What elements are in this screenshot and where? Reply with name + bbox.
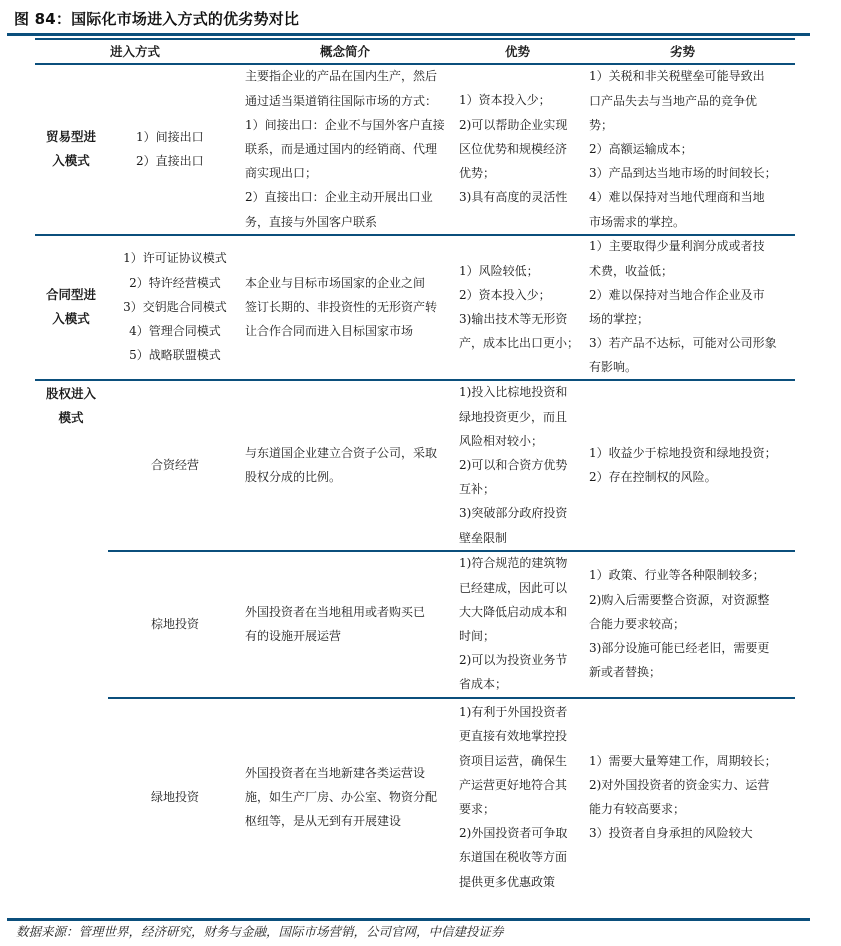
- contract-modes: 1）许可证协议模式 2）特许经营模式 3）交钥匙合同模式 4）管理合同模式 5）…: [112, 237, 238, 377]
- figure-title: 图 84：国际化市场进入方式的优劣势对比: [14, 8, 299, 29]
- brownfield-mode: 棕地投资: [112, 553, 238, 695]
- trade-category: 贸易型进 入模式: [35, 66, 107, 232]
- header-disadvantages: 劣势: [585, 42, 780, 62]
- greenfield-mode: 绿地投资: [112, 700, 238, 894]
- greenfield-concept: 外国投资者在当地新建各类运营设 施，如生产厂房、办公室、物资分配 枢纽等，是从无…: [245, 700, 455, 894]
- title-rule: [7, 33, 810, 36]
- jv-advantages: 1)投入比棕地投资和 绿地投资更少，而且 风险相对较小； 2)可以和合资方优势 …: [459, 382, 584, 548]
- jv-bottom-rule: [108, 550, 795, 552]
- jv-disadvantages: 1）收益少于棕地投资和绿地投资； 2）存在控制权的风险。: [589, 382, 789, 548]
- trade-concept: 主要指企业的产品在国内生产，然后 通过适当渠道销往国际市场的方式： 1）间接出口…: [245, 66, 455, 232]
- brownfield-disadvantages: 1）政策、行业等各种限制较多； 2)购入后需要整合资源，对资源整 合能力要求较高…: [589, 553, 789, 695]
- equity-category: 股权进入 模式: [35, 382, 107, 434]
- header-entry-mode: 进入方式: [35, 42, 235, 62]
- contract-concept: 本企业与目标市场国家的企业之间 签订长期的、非投资性的无形资产转 让合作合同而进…: [245, 237, 455, 377]
- jv-mode: 合资经营: [112, 382, 238, 548]
- brownfield-advantages: 1)符合规范的建筑物 已经建成，因此可以 大大降低启动成本和 时间； 2)可以为…: [459, 553, 584, 695]
- brownfield-concept: 外国投资者在当地租用或者购买已 有的设施开展运营: [245, 553, 455, 695]
- header-advantages: 优势: [455, 42, 580, 62]
- table-top-rule: [35, 38, 795, 40]
- greenfield-advantages: 1)有利于外国投资者 更直接有效地掌控投 资项目运营，确保生 产运营更好地符合其…: [459, 700, 584, 894]
- contract-advantages: 1）风险较低； 2）资本投入少； 3)输出技术等无形资 产，成本比出口更小；: [459, 237, 584, 377]
- greenfield-disadvantages: 1）需要大量筹建工作，周期较长； 2)对外国投资者的资金实力、运营 能力有较高要…: [589, 700, 789, 894]
- contract-disadvantages: 1）主要取得少量利润分成或者技 术费，收益低； 2）难以保持对当地合作企业及市 …: [589, 237, 789, 377]
- header-concept: 概念简介: [240, 42, 450, 62]
- brownfield-bottom-rule: [108, 697, 795, 699]
- contract-category: 合同型进 入模式: [35, 237, 107, 377]
- trade-modes: 1）间接出口 2）直接出口: [136, 66, 236, 232]
- trade-advantages: 1）资本投入少； 2)可以帮助企业实现 区位优势和规模经济 优势； 3)具有高度…: [459, 66, 584, 232]
- table-bottom-rule: [7, 918, 810, 921]
- jv-concept: 与东道国企业建立合资子公司，采取 股权分成的比例。: [245, 382, 455, 548]
- trade-disadvantages: 1）关税和非关税壁垒可能导致出 口产品失去与当地产品的竞争优 势； 2）高额运输…: [589, 66, 789, 232]
- source-note: 数据来源：管理世界，经济研究，财务与金融，国际市场营销，公司官网，中信建投证券: [16, 922, 504, 940]
